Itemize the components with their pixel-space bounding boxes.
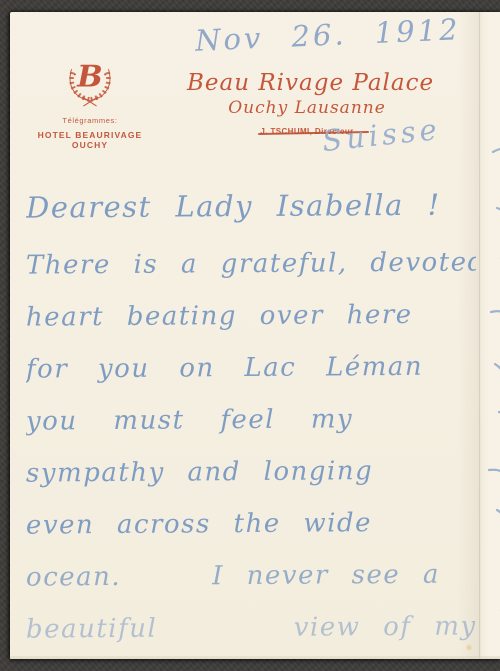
hotel-monogram-icon: B (57, 52, 123, 110)
handwriting-line: you must feel my (26, 392, 476, 447)
paper-foxing-spot (465, 644, 473, 651)
telegrams-address: HOTEL BEAURIVAGE OUCHY (20, 130, 160, 150)
letterhead-logo-block: B Télégrammes: HOTEL BEAURIVAGE OUCHY (20, 52, 160, 150)
handwriting-line: ocean. I never see a (26, 548, 476, 603)
letter-body: Dearest Lady Isabella ! There is a grate… (26, 176, 476, 654)
handwriting-line: beautiful view of my (26, 600, 476, 655)
monogram-letter: B (76, 59, 103, 94)
hotel-location: Ouchy Lausanne (187, 98, 427, 118)
handwriting-line: even across the wide (26, 496, 476, 551)
hotel-name: Beau Rivage Palace (187, 70, 427, 96)
adjacent-page-edge (481, 12, 500, 659)
handwriting-line: heart beating over here (26, 288, 476, 343)
handwriting-line: for you on Lac Léman (26, 340, 476, 395)
adjacent-page-ink-strokes (481, 12, 500, 659)
handwriting-line: Dearest Lady Isabella ! (26, 174, 476, 237)
letter-page: B Télégrammes: HOTEL BEAURIVAGE OUCHY Be… (10, 12, 500, 659)
handwritten-date: Nov 26. 1912 (194, 12, 461, 58)
telegrams-label: Télégrammes: (20, 116, 160, 125)
handwriting-line: There is a grateful, devoted (26, 236, 476, 291)
handwriting-line: sympathy and longing (26, 444, 476, 499)
